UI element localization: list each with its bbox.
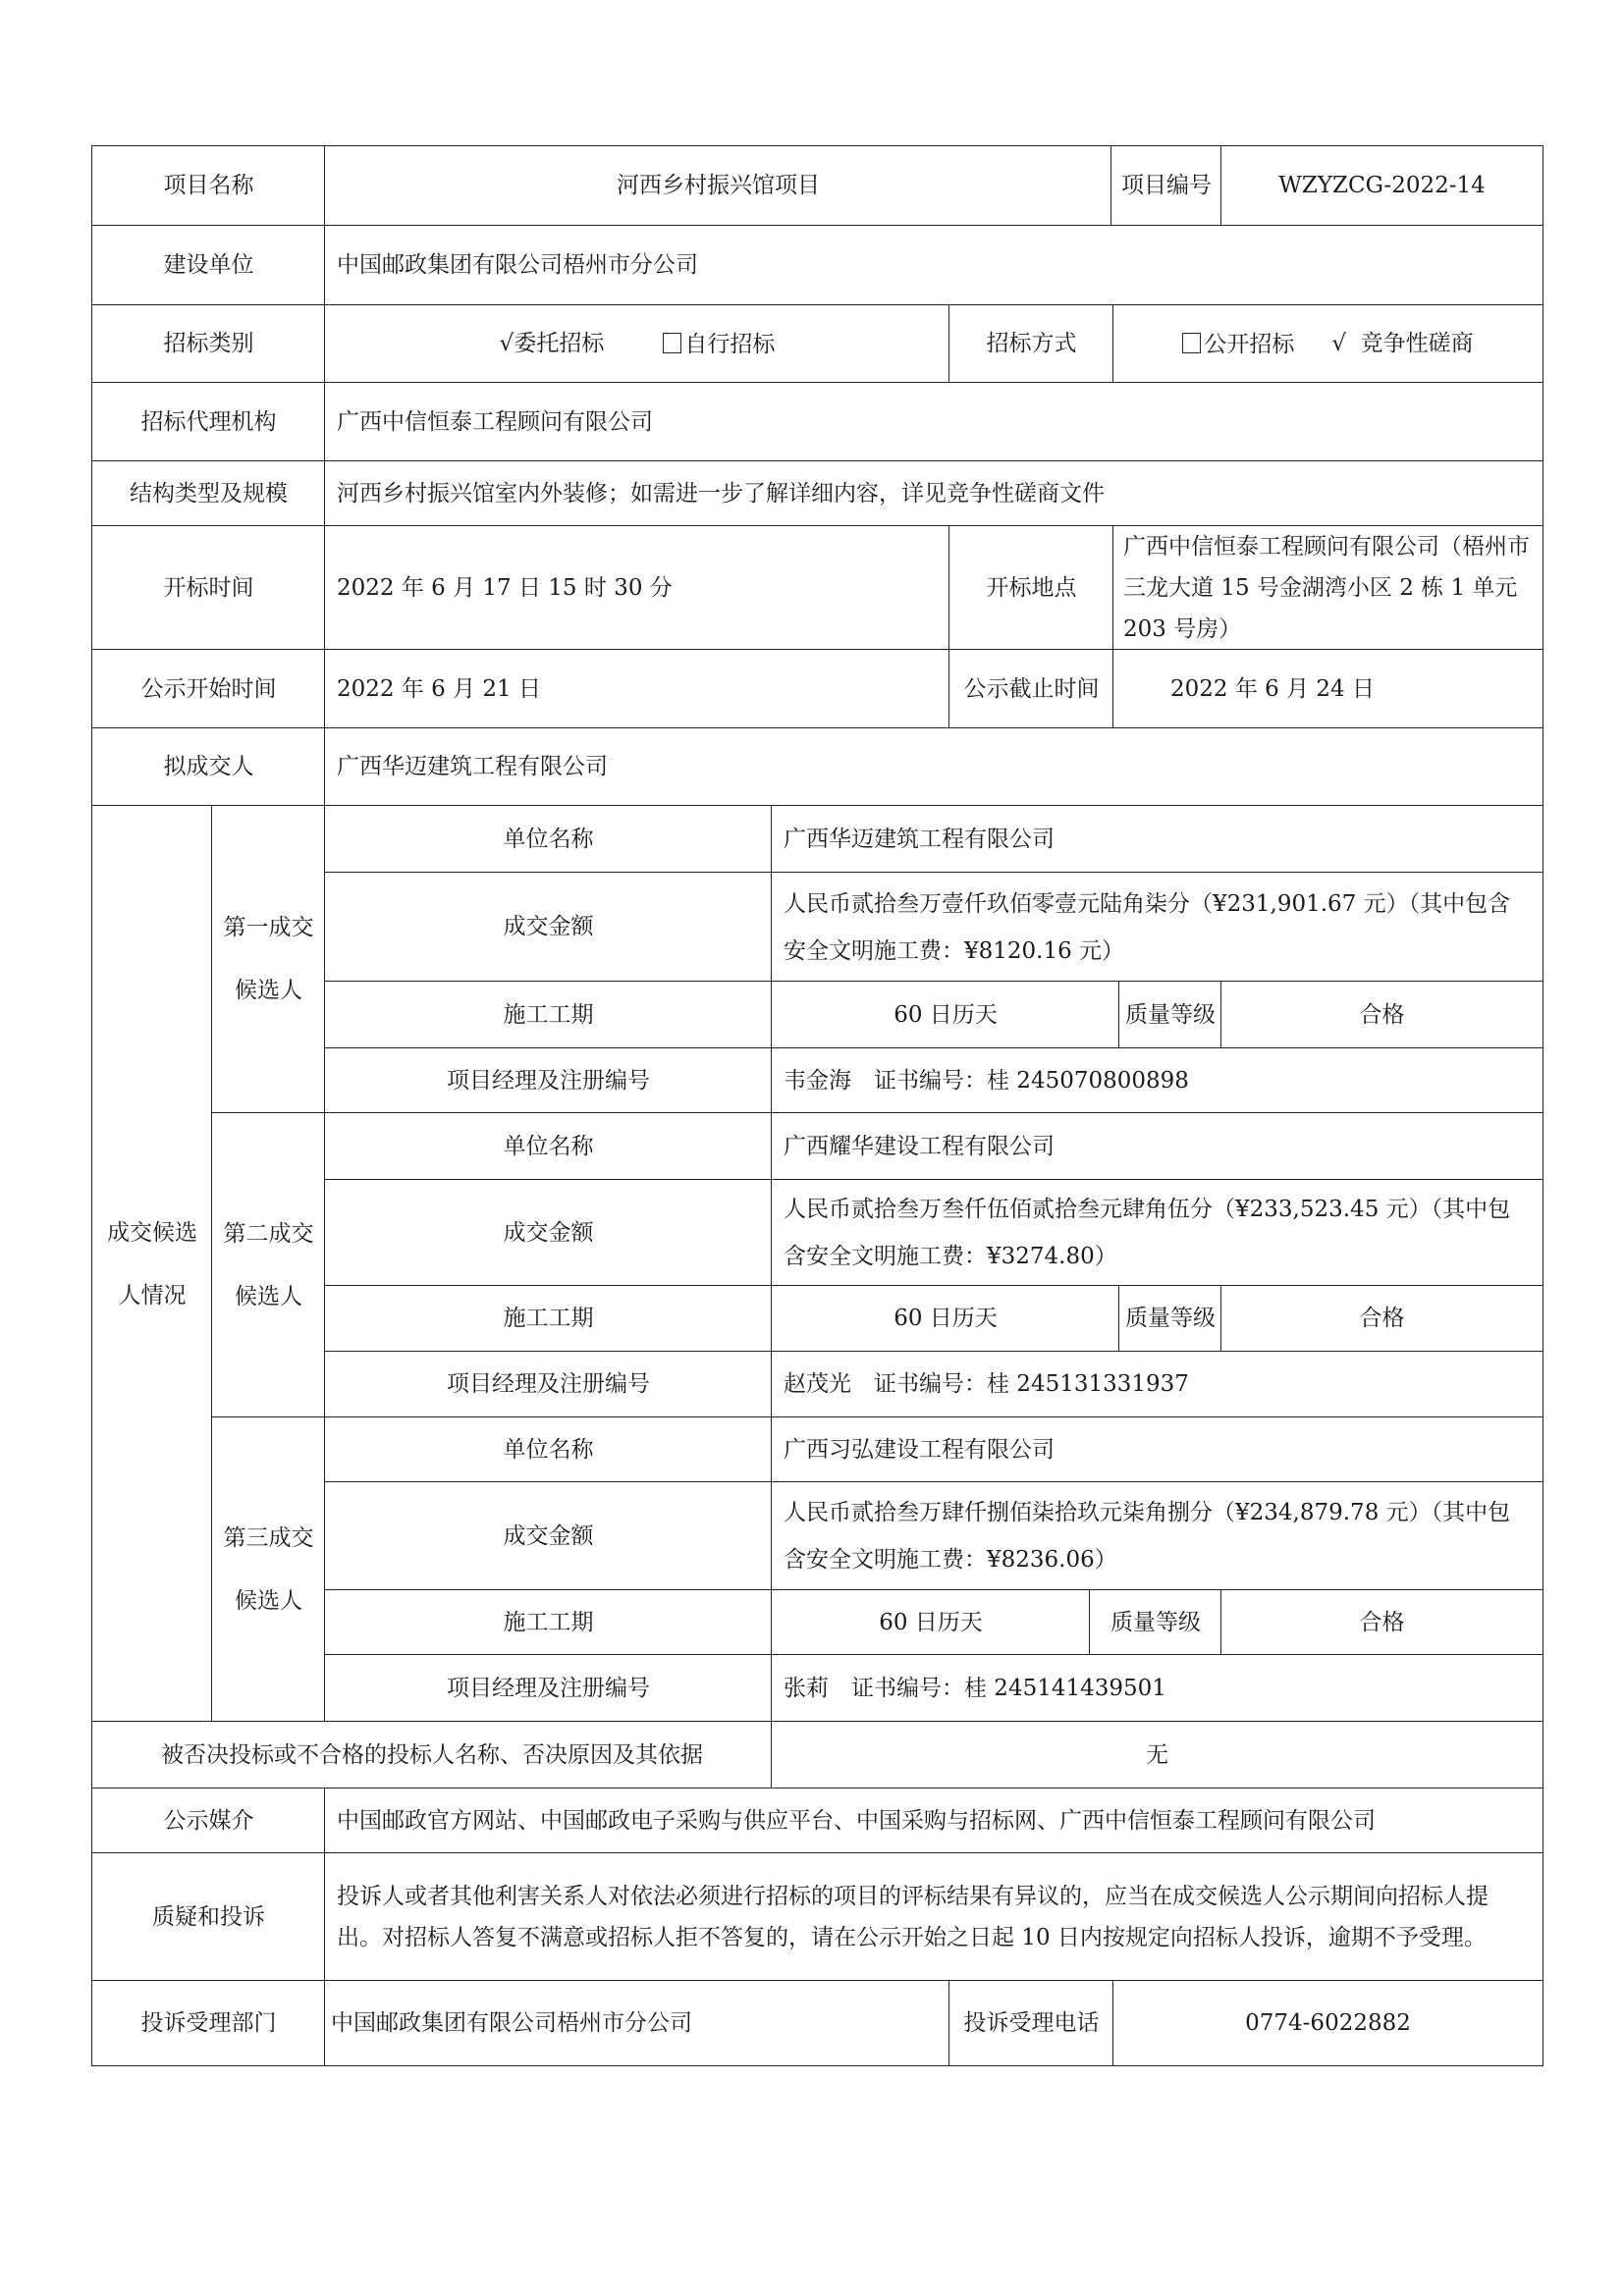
complaint-phone-value: 0774-6022882: [1112, 1980, 1543, 2066]
quality-label: 质量等级: [1089, 1589, 1222, 1656]
candidate-3-manager: 张莉 证书编号：桂 245141439501: [771, 1654, 1543, 1723]
candidate-3-unit: 广西习弘建设工程有限公司: [771, 1416, 1543, 1483]
winner-value: 广西华迈建筑工程有限公司: [324, 727, 1543, 807]
candidate-2-manager: 赵茂光 证书编号：桂 245131331937: [771, 1351, 1543, 1418]
complaint-dept-label: 投诉受理部门: [91, 1980, 326, 2066]
candidate-3-amount: 人民币贰拾叁万肆仟捌佰柒拾玖元柒角捌分（¥234,879.78 元）（其中包含安…: [771, 1481, 1543, 1591]
candidate-1-period: 60 日历天: [771, 981, 1120, 1049]
quality-label: 质量等级: [1118, 1285, 1222, 1353]
candidate-2-period: 60 日历天: [771, 1285, 1120, 1353]
candidates-section-label-line1: 成交候选: [107, 1201, 197, 1264]
complaint-dept-value: 中国邮政集团有限公司梧州市分公司: [324, 1980, 950, 2066]
agency-value: 广西中信恒泰工程顾问有限公司: [324, 382, 1543, 462]
publicity-end-label: 公示截止时间: [948, 649, 1114, 729]
rejected-label: 被否决投标或不合格的投标人名称、否决原因及其依据: [91, 1721, 773, 1789]
candidates-section-label: 成交候选 人情况: [91, 805, 213, 1723]
candidate-1-rank: 第一成交 候选人: [211, 805, 326, 1113]
manager-label: 项目经理及注册编号: [324, 1654, 773, 1723]
tender-type-label: 招标类别: [91, 304, 326, 384]
option-self[interactable]: 自行招标: [663, 333, 775, 356]
rejected-value: 无: [771, 1721, 1543, 1789]
empty-checkbox-icon: [1182, 333, 1201, 353]
bid-result-notice-table: 项目名称 河西乡村振兴馆项目 项目编号 WZYZCG-2022-14 建设单位 …: [0, 0, 1624, 2296]
opening-time-value: 2022 年 6 月 17 日 15 时 30 分: [324, 525, 950, 651]
amount-label: 成交金额: [324, 1481, 773, 1591]
candidate-rank-line1: 第一成交: [224, 896, 314, 959]
agency-label: 招标代理机构: [91, 382, 326, 462]
candidate-2-unit: 广西耀华建设工程有限公司: [771, 1112, 1543, 1181]
candidate-2-rank: 第二成交 候选人: [211, 1112, 326, 1418]
tender-type-options: √委托招标 自行招标: [324, 304, 950, 384]
amount-label: 成交金额: [324, 872, 773, 983]
project-number-label: 项目编号: [1110, 145, 1222, 227]
tender-method-label: 招标方式: [948, 304, 1114, 384]
period-label: 施工工期: [324, 981, 773, 1049]
publicity-end-value: 2022 年 6 月 24 日: [1112, 649, 1543, 729]
unit-name-label: 单位名称: [324, 805, 773, 874]
candidate-2-quality: 合格: [1220, 1285, 1543, 1353]
structure-label: 结构类型及规模: [91, 460, 326, 527]
period-label: 施工工期: [324, 1589, 773, 1656]
candidate-rank-line2: 候选人: [235, 1570, 302, 1632]
option-entrusted[interactable]: √委托招标: [500, 333, 605, 355]
manager-label: 项目经理及注册编号: [324, 1047, 773, 1114]
candidate-rank-line2: 候选人: [235, 1265, 302, 1328]
option-open-label: 公开招标: [1204, 332, 1294, 357]
empty-checkbox-icon: [663, 333, 681, 353]
project-number-value: WZYZCG-2022-14: [1220, 145, 1543, 227]
candidate-2-amount: 人民币贰拾叁万叁仟伍佰贰拾叁元肆角伍分（¥233,523.45 元）（其中包含安…: [771, 1179, 1543, 1287]
publicity-start-label: 公示开始时间: [91, 649, 326, 729]
builder-value: 中国邮政集团有限公司梧州市分公司: [324, 225, 1543, 306]
candidate-1-amount: 人民币贰拾叁万壹仟玖佰零壹元陆角柒分（¥231,901.67 元）（其中包含安全…: [771, 872, 1543, 983]
publicity-start-value: 2022 年 6 月 21 日: [324, 649, 950, 729]
builder-label: 建设单位: [91, 225, 326, 306]
option-open[interactable]: 公开招标: [1182, 333, 1294, 356]
candidates-section-label-line2: 人情况: [119, 1264, 187, 1327]
candidate-3-rank: 第三成交 候选人: [211, 1416, 326, 1723]
option-entrusted-label: 委托招标: [514, 331, 604, 356]
complaint-phone-label: 投诉受理电话: [948, 1980, 1114, 2066]
candidate-3-quality: 合格: [1220, 1589, 1543, 1656]
option-self-label: 自行招标: [684, 332, 775, 357]
unit-name-label: 单位名称: [324, 1112, 773, 1181]
tender-method-options: 公开招标 √ 竞争性磋商: [1112, 304, 1543, 384]
opening-place-label: 开标地点: [948, 525, 1114, 651]
candidate-rank-line1: 第三成交: [224, 1507, 314, 1570]
opening-place-value: 广西中信恒泰工程顾问有限公司（梧州市三龙大道 15 号金湖湾小区 2 栋 1 单…: [1112, 525, 1543, 651]
candidate-rank-line2: 候选人: [235, 959, 302, 1022]
manager-label: 项目经理及注册编号: [324, 1351, 773, 1418]
unit-name-label: 单位名称: [324, 1416, 773, 1483]
media-value: 中国邮政官方网站、中国邮政电子采购与供应平台、中国采购与招标网、广西中信恒泰工程…: [324, 1788, 1543, 1854]
structure-value: 河西乡村振兴馆室内外装修；如需进一步了解详细内容，详见竞争性磋商文件: [324, 460, 1543, 527]
candidate-1-quality: 合格: [1220, 981, 1543, 1049]
project-name-value: 河西乡村振兴馆项目: [324, 145, 1112, 227]
checkmark-icon: √: [500, 331, 514, 356]
winner-label: 拟成交人: [91, 727, 326, 807]
candidate-rank-line1: 第二成交: [224, 1202, 314, 1265]
candidate-1-manager: 韦金海 证书编号：桂 245070800898: [771, 1047, 1543, 1114]
candidate-3-period: 60 日历天: [771, 1589, 1091, 1656]
checkmark-icon: √: [1331, 331, 1346, 356]
complaint-label: 质疑和投诉: [91, 1852, 326, 1982]
opening-time-label: 开标时间: [91, 525, 326, 651]
quality-label: 质量等级: [1118, 981, 1222, 1049]
project-name-label: 项目名称: [91, 145, 326, 227]
option-competitive-label: 竞争性磋商: [1361, 331, 1474, 356]
option-competitive[interactable]: √ 竞争性磋商: [1331, 333, 1473, 355]
media-label: 公示媒介: [91, 1788, 326, 1854]
amount-label: 成交金额: [324, 1179, 773, 1287]
candidate-1-unit: 广西华迈建筑工程有限公司: [771, 805, 1543, 874]
complaint-value: 投诉人或者其他利害关系人对依法必须进行招标的项目的评标结果有异议的，应当在成交候…: [324, 1852, 1543, 1982]
period-label: 施工工期: [324, 1285, 773, 1353]
